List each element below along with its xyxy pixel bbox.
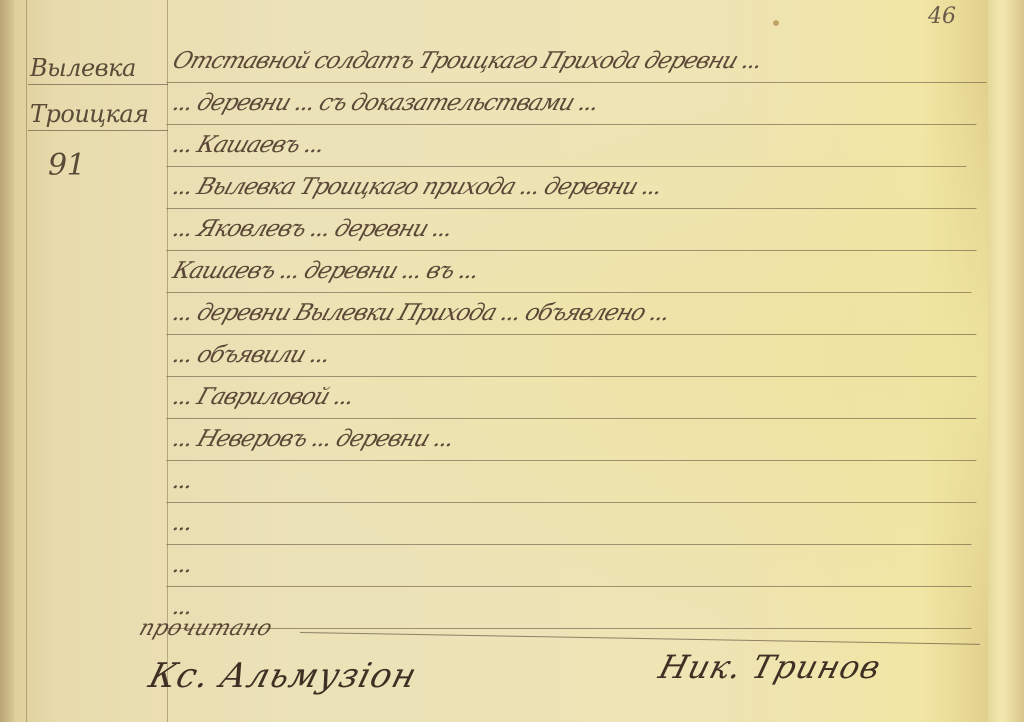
body-line: ... объявили ... xyxy=(166,342,987,377)
page-left-edge xyxy=(0,0,14,722)
page-number: 46 xyxy=(928,4,956,29)
closing-flourish-line xyxy=(300,632,980,645)
margin-place-name: Вылевка xyxy=(30,54,160,82)
margin-rule-right xyxy=(167,0,168,722)
register-page: 46 Вылевка Троицкая 91 Отставной солдатъ… xyxy=(0,0,1024,722)
signature-witness: Ник. Тринов xyxy=(655,648,886,686)
margin-underline xyxy=(28,84,168,85)
body-line: ... Гавриловой ... xyxy=(166,384,987,419)
margin-parish-name: Троицкая xyxy=(30,100,160,128)
body-line: ... Неверовъ ... деревни ... xyxy=(166,426,987,461)
body-line: ... деревни ... съ доказательствами ... xyxy=(166,90,987,125)
body-line: ... Кашаевъ ... xyxy=(166,132,977,167)
body-line: ... деревни Вылевки Прихода ... объявлен… xyxy=(166,300,987,335)
body-line: ... xyxy=(166,468,987,503)
body-line: ... xyxy=(166,510,982,545)
signature-priest: Кс. Альмузіон xyxy=(145,656,422,696)
body-line: ... Яковлевъ ... деревни ... xyxy=(166,216,987,251)
body-line: Кашаевъ ... деревни ... въ ... xyxy=(166,258,982,293)
body-line: Отставной солдатъ Троицкаго Прихода дере… xyxy=(166,48,997,83)
margin-rule-left xyxy=(26,0,27,722)
body-line: ... xyxy=(166,552,982,587)
body-line: ... Вылевка Троицкаго прихода ... деревн… xyxy=(166,174,987,209)
closing-word: прочитано xyxy=(136,616,275,641)
book-gutter xyxy=(988,0,1024,722)
margin-entry-number: 91 xyxy=(48,148,178,183)
margin-underline xyxy=(28,130,168,131)
ink-stain xyxy=(773,20,779,26)
body-line: ... xyxy=(166,594,982,629)
